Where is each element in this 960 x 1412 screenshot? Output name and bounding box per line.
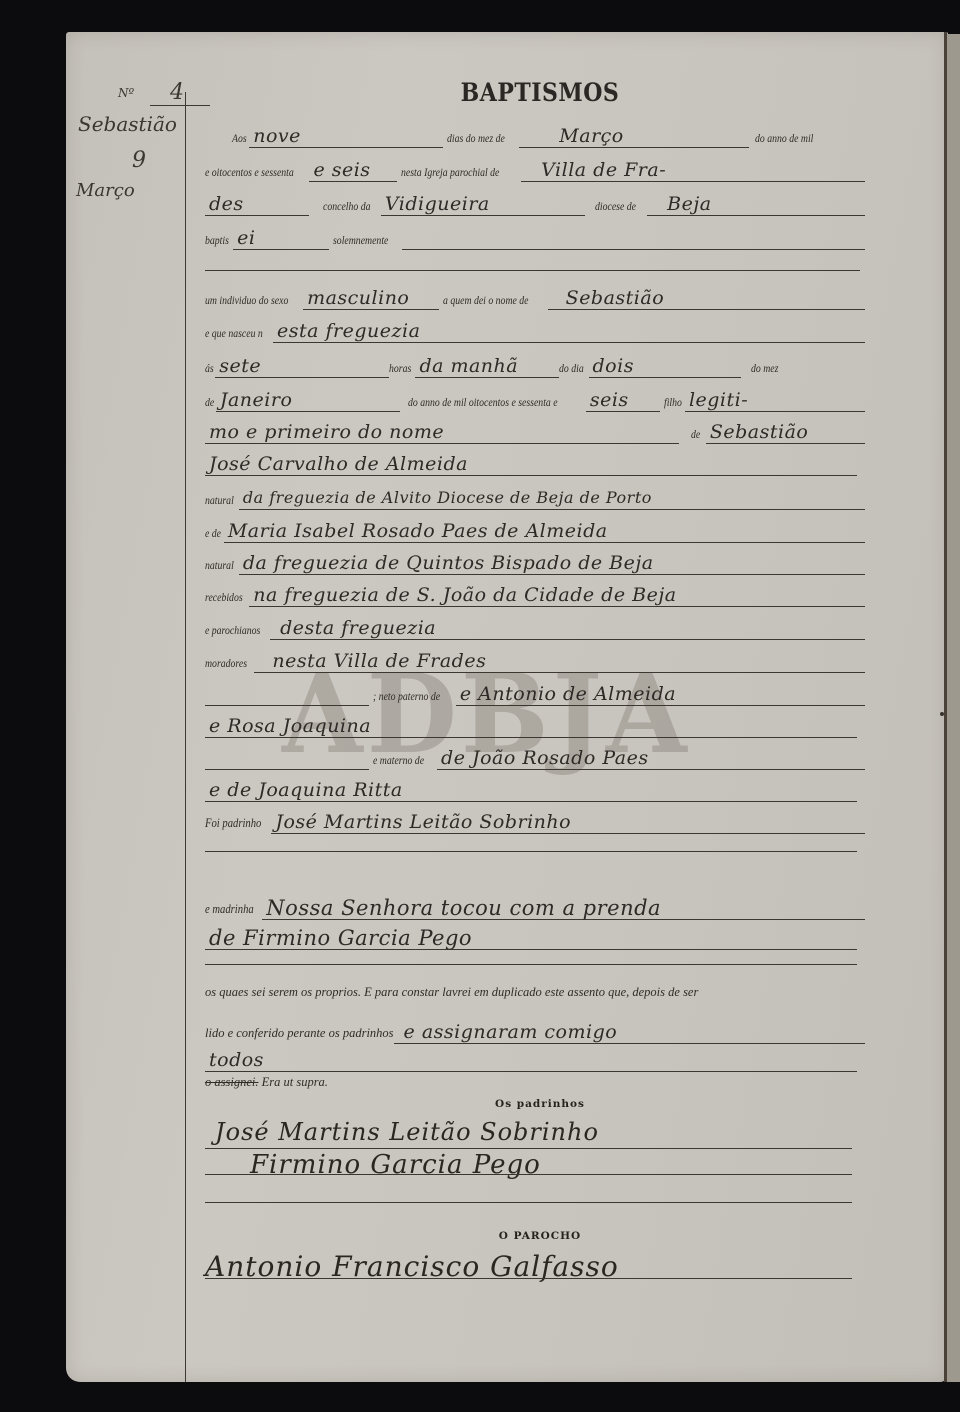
field-closing-hw: e assignaram comigo (394, 1017, 865, 1044)
label-recebidos: recebidos (205, 592, 243, 607)
field-godfather: José Martins Leitão Sobrinho (271, 807, 865, 834)
row-recebidos: recebidos na freguezia de S. João da Cid… (205, 577, 865, 607)
label-moradores: moradores (205, 658, 247, 673)
row-father-origin: natural da freguezia de Alvito Diocese d… (205, 480, 865, 510)
field-concelho: Vidigueira (381, 189, 585, 216)
margin-rule (185, 92, 186, 1382)
closing-line-4: o assignei. Era ut supra. (205, 1075, 865, 1090)
field-diocese: Beja (647, 189, 865, 216)
label-sexo: um individuo do sexo (205, 295, 288, 310)
field-birth-year: seis (586, 385, 660, 412)
label-as: ás (205, 363, 214, 378)
margin-name: Sebastião (78, 112, 177, 136)
margin-month: Março (76, 180, 135, 201)
row-sex-name: um individuo do sexo masculino a quem de… (205, 280, 865, 310)
row-paternal-grandparents: ; neto paterno de e Antonio de Almeida (205, 676, 865, 706)
field-baptis-suffix: ei (233, 223, 329, 250)
row-baptis: baptis ei solemnemente (205, 220, 865, 250)
field-filho-desc-cont: mo e primeiro do nome (205, 417, 679, 444)
label-natural-2: natural (205, 560, 234, 575)
closing-line-1: os quaes sei serem os proprios. E para c… (205, 985, 865, 1000)
blank-line (205, 270, 860, 271)
field-birth-month: Janeiro (216, 385, 400, 412)
padrinho-signature-2: Firmino Garcia Pego (250, 1150, 541, 1180)
field-residence: nesta Villa de Frades (254, 646, 865, 673)
field-blank-2 (205, 679, 369, 706)
label-filho: filho (664, 397, 682, 412)
field-blank (402, 223, 865, 250)
field-father-origin: da freguezia de Alvito Diocese de Beja d… (239, 483, 865, 510)
label-concelho: concelho da (323, 201, 371, 216)
field-married-at: na freguezia de S. João da Cidade de Bej… (249, 580, 865, 607)
label-de: de (205, 397, 214, 412)
era-ut-supra: Era ut supra. (258, 1075, 327, 1089)
label-oitocentos: e oitocentos e sessenta (205, 167, 294, 182)
signature-line-1 (205, 1148, 852, 1149)
field-paternal-grandparents: e Antonio de Almeida (456, 679, 865, 706)
row-concelho: des concelho da Vidigueira diocese de Be… (205, 186, 865, 216)
row-date: Aos nove dias do mez de Março do anno de… (232, 118, 865, 148)
field-time-of-day: da manhã (415, 351, 559, 378)
row-parochianos: e parochianos desta freguezia (205, 610, 865, 640)
label-aos: Aos (232, 133, 247, 148)
label-nome: a quem dei o nome de (443, 295, 529, 310)
label-horas: horas (389, 363, 411, 378)
margin-record-number: 4 (150, 80, 210, 106)
field-parish: Villa de Fra- (521, 155, 865, 182)
row-birth-year: de Janeiro do anno de mil oitocentos e s… (205, 382, 865, 412)
row-mother-origin: natural da freguezia de Quintos Bispado … (205, 545, 865, 575)
field-birthplace: esta freguezia (273, 316, 865, 343)
field-maternal-grandparents-cont: e de Joaquina Ritta (205, 775, 857, 802)
label-igreja: nesta Igreja parochial de (401, 167, 499, 182)
padrinhos-label: Os padrinhos (0, 1098, 960, 1110)
field-mother-origin: da freguezia de Quintos Bispado de Beja (239, 548, 865, 575)
field-mother: Maria Isabel Rosado Paes de Almeida (224, 516, 865, 543)
label-madrinha: e madrinha (205, 902, 254, 920)
label-anno-full: do anno de mil oitocentos e sessenta e (408, 397, 558, 412)
field-parishioners-of: desta freguezia (270, 613, 865, 640)
signature-line-4 (205, 1278, 852, 1279)
label-mother-de: e de (205, 528, 221, 543)
label-diocese: diocese de (595, 201, 636, 216)
label-materno: e materno de (373, 755, 424, 770)
row-father: mo e primeiro do nome de Sebastião (205, 414, 865, 444)
field-godmother-cont: de Firmino Garcia Pego (205, 923, 857, 950)
label-solemnemente: solemnemente (333, 235, 388, 250)
field-closing-hw-2: todos (205, 1045, 857, 1072)
row-maternal-grandparents-cont: e de Joaquina Ritta (205, 772, 857, 802)
label-dias: dias do mez de (447, 133, 505, 148)
signature-line-3 (205, 1202, 852, 1203)
row-birth-time: ás sete horas da manhã do dia dois do me… (205, 348, 865, 378)
field-sex: masculino (303, 283, 439, 310)
field-parish-cont: des (205, 189, 309, 216)
row-paternal-grandparents-cont: e Rosa Joaquina (205, 708, 857, 738)
row-madrinha: e madrinha Nossa Senhora tocou com a pre… (205, 890, 865, 920)
field-child-name: Sebastião (548, 283, 865, 310)
row-moradores: moradores nesta Villa de Frades (205, 643, 865, 673)
field-year: e seis (309, 155, 397, 182)
page-title: BAPTISMOS (0, 78, 960, 108)
row-closing-3: todos (205, 1042, 857, 1072)
padrinho-signature: José Martins Leitão Sobrinho (215, 1118, 599, 1146)
field-blank-3 (205, 743, 369, 770)
blank-line-2 (205, 851, 857, 852)
row-year-parish: e oitocentos e sessenta e seis nesta Igr… (205, 152, 865, 182)
row-closing-2: lido e conferido perante os padrinhos e … (205, 1014, 865, 1044)
field-day: nove (249, 121, 443, 148)
paper-spot (940, 712, 944, 716)
label-neto-paterno: ; neto paterno de (373, 691, 440, 706)
field-filho-desc: legiti- (685, 385, 865, 412)
field-month: Março (519, 121, 749, 148)
row-father-cont: José Carvalho de Almeida (205, 446, 857, 476)
label-baptis: baptis (205, 235, 229, 250)
row-birthplace: e que nasceu n esta freguezia (205, 313, 865, 343)
blank-line-3 (205, 964, 857, 965)
label-natural: natural (205, 495, 234, 510)
signature-line-2 (205, 1174, 852, 1175)
struck-text: o assignei. (205, 1075, 258, 1089)
parocho-label: O PAROCHO (0, 1230, 960, 1242)
field-maternal-grandparents: de João Rosado Paes (437, 743, 865, 770)
label-parochianos: e parochianos (205, 625, 260, 640)
label-padrinho: Foi padrinho (205, 816, 261, 834)
row-padrinho: Foi padrinho José Martins Leitão Sobrinh… (205, 804, 865, 834)
field-birth-day: dois (589, 351, 741, 378)
margin-day: 9 (132, 148, 146, 173)
label-nasceu: e que nasceu n (205, 328, 263, 343)
field-father-cont: José Carvalho de Almeida (205, 449, 857, 476)
label-anno: do anno de mil (755, 133, 813, 148)
label-dia: do dia (559, 363, 584, 378)
field-hour: sete (215, 351, 389, 378)
row-maternal-grandparents: e materno de de João Rosado Paes (205, 740, 865, 770)
field-paternal-grandparents-cont: e Rosa Joaquina (205, 711, 857, 738)
field-father: Sebastião (706, 417, 865, 444)
facing-page-edge (947, 34, 960, 1382)
label-mez: do mez (751, 363, 778, 378)
row-madrinha-cont: de Firmino Garcia Pego (205, 920, 857, 950)
margin-record-label: Nº (118, 86, 134, 100)
row-mother: e de Maria Isabel Rosado Paes de Almeida (205, 513, 865, 543)
label-father-de: de (691, 429, 700, 444)
field-godmother: Nossa Senhora tocou com a prenda (262, 893, 865, 920)
